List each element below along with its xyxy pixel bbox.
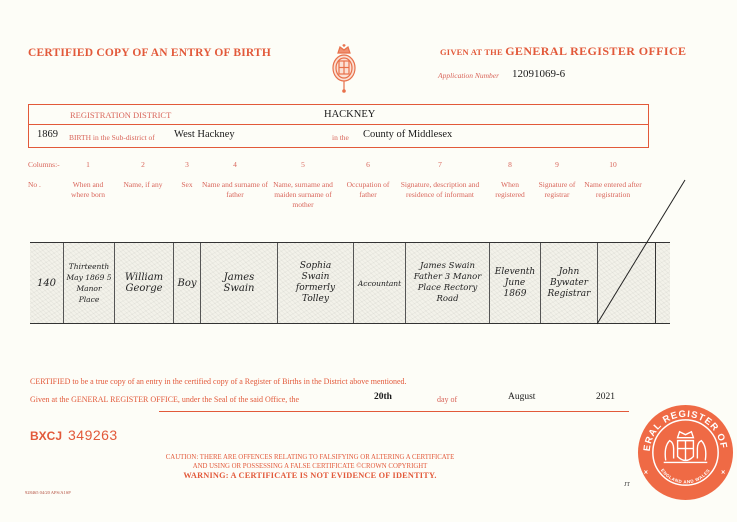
column-header-4: Name and surname of father xyxy=(200,180,270,200)
column-header-1: When and where born xyxy=(63,180,113,200)
registration-year: 1869 xyxy=(37,129,58,140)
certification-year: 2021 xyxy=(596,392,615,402)
royal-crest-icon xyxy=(331,43,357,93)
certification-month: August xyxy=(508,392,535,402)
column-number-8: 8 xyxy=(488,160,532,170)
svg-text:×: × xyxy=(721,469,725,476)
column-number-5: 5 xyxy=(268,160,338,170)
certification-day: 20th xyxy=(374,392,392,402)
column-number-6: 6 xyxy=(343,160,393,170)
county-value: County of Middlesex xyxy=(363,129,452,140)
warning-text: WARNING: A CERTIFICATE IS NOT EVIDENCE O… xyxy=(130,471,490,480)
svg-text:×: × xyxy=(644,469,648,476)
given-at-heading: GIVEN AT THE GENERAL REGISTER OFFICE xyxy=(440,44,686,59)
entry-occupation: Accountant xyxy=(353,243,405,323)
column-header-2: Name, if any xyxy=(118,180,168,190)
print-reference: 928465 04/20 APS/A1SP xyxy=(25,490,71,495)
no-label: No . xyxy=(28,180,41,190)
serial-number: 349263 xyxy=(68,427,118,443)
column-number-10: 10 xyxy=(584,160,642,170)
entry-row: 140 Thirteenth May 1869 5 Manor Place Wi… xyxy=(30,242,670,324)
caution-line-1: CAUTION: THERE ARE OFFENCES RELATING TO … xyxy=(130,453,490,462)
application-number: 12091069-6 xyxy=(512,68,565,80)
column-header-5: Name, surname and maiden surname of moth… xyxy=(268,180,338,210)
application-number-label: Application Number xyxy=(438,71,499,80)
given-at-prefix: GIVEN AT THE xyxy=(440,47,503,57)
column-number-9: 9 xyxy=(534,160,580,170)
column-number-1: 1 xyxy=(63,160,113,170)
in-the-label: in the xyxy=(332,133,349,142)
column-header-7: Signature, description and residence of … xyxy=(397,180,483,200)
gro-seal-icon: GENERAL REGISTER OFFICE ENGLAND AND WALE… xyxy=(636,403,735,502)
column-header-3: Sex xyxy=(175,180,199,190)
given-statement: Given at the GENERAL REGISTER OFFICE, un… xyxy=(30,395,299,404)
entry-sex: Boy xyxy=(173,243,200,323)
columns-label: Columns:- xyxy=(28,160,60,170)
entry-number: 140 xyxy=(30,243,63,323)
column-header-6: Occupation of father xyxy=(343,180,393,200)
column-header-8: When registered xyxy=(488,180,532,200)
column-header-9: Signature of registrar xyxy=(534,180,580,200)
column-number-2: 2 xyxy=(118,160,168,170)
column-number-7: 7 xyxy=(397,160,483,170)
registration-district-value: HACKNEY xyxy=(324,109,375,120)
entry-informant: James Swain Father 3 Manor Place Rectory… xyxy=(405,243,489,323)
entry-father: James Swain xyxy=(200,243,277,323)
serial-prefix: BXCJ xyxy=(30,429,62,443)
entry-when-registered: Eleventh June 1869 xyxy=(489,243,540,323)
entry-when-where-born: Thirteenth May 1869 5 Manor Place xyxy=(63,243,114,323)
registration-district-label: REGISTRATION DISTRICT xyxy=(70,110,171,120)
day-of-label: day of xyxy=(437,395,457,404)
subdistrict-value: West Hackney xyxy=(174,129,235,140)
initials: JT xyxy=(624,482,630,488)
given-at-office: GENERAL REGISTER OFFICE xyxy=(505,44,686,58)
signature-line xyxy=(159,411,629,412)
subdistrict-label: BIRTH in the Sub-district of xyxy=(69,133,155,142)
certificate-title: CERTIFIED COPY OF AN ENTRY OF BIRTH xyxy=(28,47,271,59)
cancel-diagonal-line xyxy=(585,178,695,328)
certified-statement: CERTIFIED to be a true copy of an entry … xyxy=(30,377,407,386)
registration-divider xyxy=(28,124,649,125)
entry-mother: Sophia Swain formerly Tolley xyxy=(277,243,353,323)
column-number-4: 4 xyxy=(200,160,270,170)
caution-text: CAUTION: THERE ARE OFFENCES RELATING TO … xyxy=(130,453,490,471)
caution-line-2: AND USING OR POSSESSING A FALSE CERTIFIC… xyxy=(130,462,490,471)
entry-name: William George xyxy=(114,243,173,323)
column-number-3: 3 xyxy=(175,160,199,170)
